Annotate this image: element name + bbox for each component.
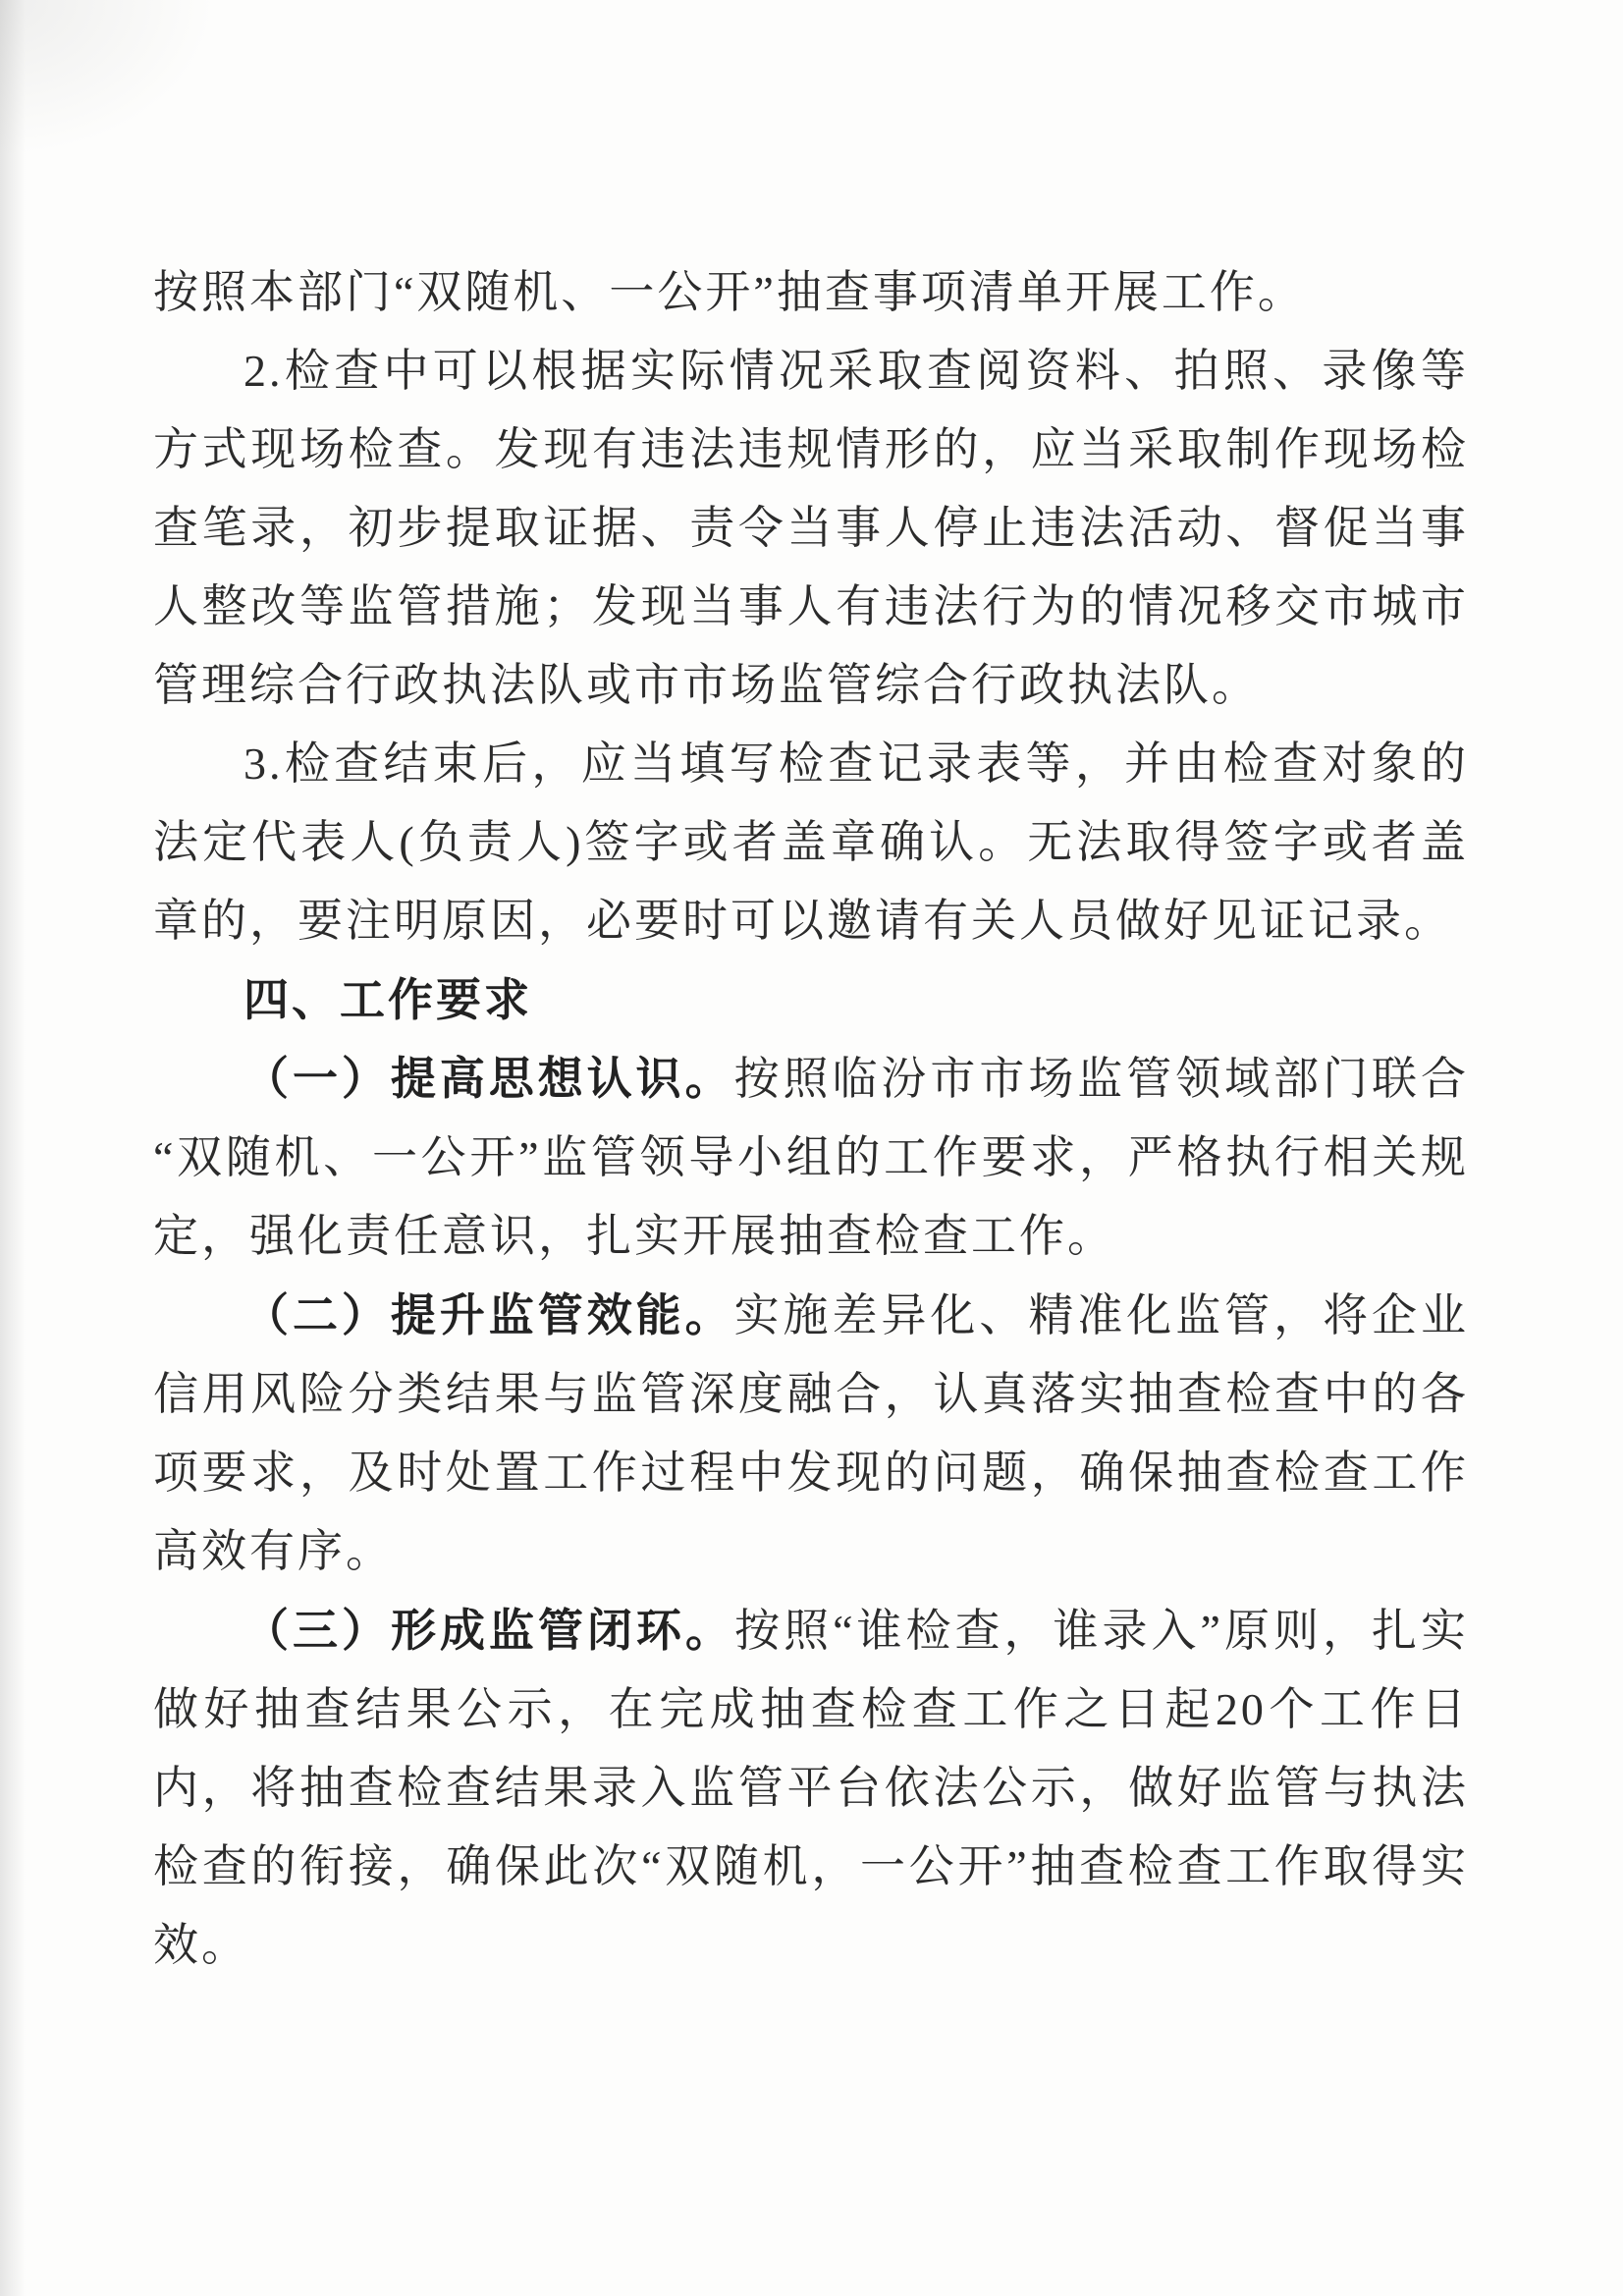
paragraph: （二）提升监管效能。实施差异化、精准化监管，将企业信用风险分类结果与监管深度融合…	[153, 1276, 1469, 1591]
paragraph-text: 2.检查中可以根据实际情况采取查阅资料、拍照、录像等方式现场检查。发现有违法违规…	[153, 346, 1469, 710]
paragraph-text: 3.检查结束后，应当填写检查记录表等，并由检查对象的法定代表人(负责人)签字或者…	[153, 738, 1469, 946]
paragraph-lead: （一）提高思想认识。	[243, 1053, 734, 1104]
paragraph-text: 按照本部门“双随机、一公开”抽查事项清单开展工作。	[153, 267, 1306, 317]
paragraph: （一）提高思想认识。按照临汾市市场监管领域部门联合“双随机、一公开”监管领导小组…	[153, 1039, 1469, 1276]
paragraph: 2.检查中可以根据实际情况采取查阅资料、拍照、录像等方式现场检查。发现有违法违规…	[153, 332, 1469, 725]
paragraph: 3.检查结束后，应当填写检查记录表等，并由检查对象的法定代表人(负责人)签字或者…	[153, 725, 1469, 960]
paragraph: （三）形成监管闭环。按照“谁检查，谁录入”原则，扎实做好抽查结果公示，在完成抽查…	[153, 1591, 1469, 1985]
document-page: 按照本部门“双随机、一公开”抽查事项清单开展工作。2.检查中可以根据实际情况采取…	[0, 0, 1623, 2296]
paragraph-lead: （三）形成监管闭环。	[243, 1605, 734, 1656]
section-heading: 四、工作要求	[153, 960, 1469, 1039]
paragraph-text: 按照“谁检查，谁录入”原则，扎实做好抽查结果公示，在完成抽查检查工作之日起20个…	[153, 1606, 1469, 1970]
document-text: 按照本部门“双随机、一公开”抽查事项清单开展工作。2.检查中可以根据实际情况采取…	[153, 253, 1469, 1985]
paragraph-lead: 四、工作要求	[243, 974, 532, 1025]
paragraph: 按照本部门“双随机、一公开”抽查事项清单开展工作。	[153, 253, 1469, 332]
paragraph-lead: （二）提升监管效能。	[243, 1289, 734, 1340]
